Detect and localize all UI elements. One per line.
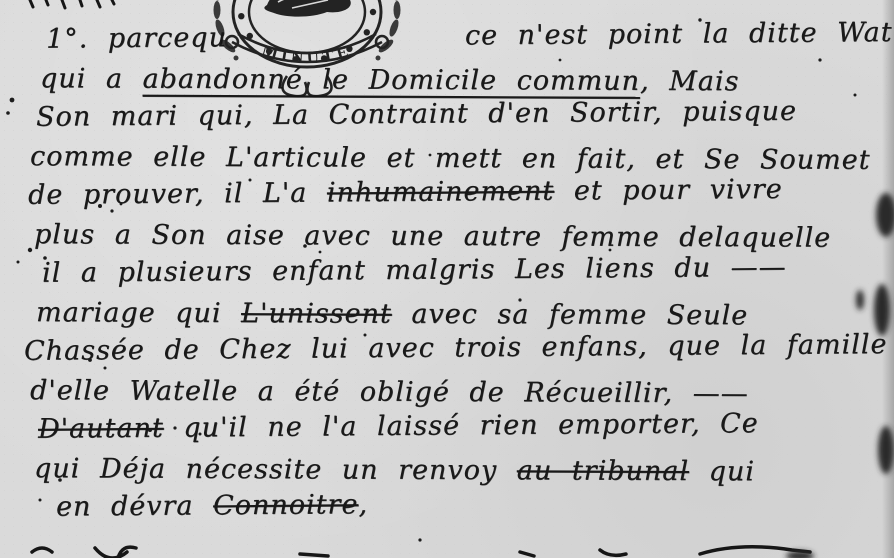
cutoff-bottom-line-fragment <box>32 547 810 558</box>
manuscript-line: de prouver, il L'a inhumainement et pour… <box>0 169 894 215</box>
stamp-banner <box>226 34 388 96</box>
manuscript-line: en dévra Connoitre, <box>0 481 894 527</box>
text-segment: qu'il ne l'a laissé rien emporter, Ce <box>164 408 759 444</box>
manuscript-line: D'autant qu'il ne l'a laissé rien emport… <box>0 403 894 449</box>
stamp-emblem-figure <box>264 0 350 17</box>
text-segment: Chassée de Chez lui avec trois enfans, q… <box>24 329 888 367</box>
text-segment: ce n'est point la ditte Wattel <box>465 17 894 52</box>
text-segment: de prouver, il L'a <box>28 177 327 210</box>
text-segment: , <box>358 489 368 520</box>
text-segment: en dévra <box>56 490 213 522</box>
stamp-label: MINUTE <box>260 41 354 67</box>
document-page: 1°. parcequce n'est point la ditte Watte… <box>0 0 894 558</box>
manuscript-line: il a plusieurs enfant malgris Les liens … <box>0 247 894 293</box>
minute-stamp: MINUTE <box>192 0 422 120</box>
text-segment: il a plusieurs enfant malgris Les liens … <box>42 252 787 289</box>
svg-text:MINUTE: MINUTE <box>260 41 354 67</box>
text-segment: Connoitre <box>213 489 359 521</box>
text-segment: L'unissent <box>241 298 392 330</box>
manuscript-line: 1°. parcequce n'est point la ditte Watte… <box>0 13 894 59</box>
cutoff-top-line-fragment <box>30 0 114 8</box>
text-segment: qui Déja nécessite un renvoy <box>34 453 517 486</box>
text-segment: D'autant <box>38 413 164 445</box>
text-segment: et pour vivre <box>554 174 783 207</box>
manuscript-lines: 1°. parcequce n'est point la ditte Watte… <box>0 20 894 527</box>
text-segment: qui a <box>40 63 143 94</box>
text-segment: inhumainement <box>327 176 555 209</box>
manuscript-line: Son mari qui, La Contraint d'en Sortir, … <box>0 91 894 137</box>
text-segment: mariage qui <box>36 297 241 329</box>
manuscript-line: Chassée de Chez lui avec trois enfans, q… <box>0 325 894 371</box>
